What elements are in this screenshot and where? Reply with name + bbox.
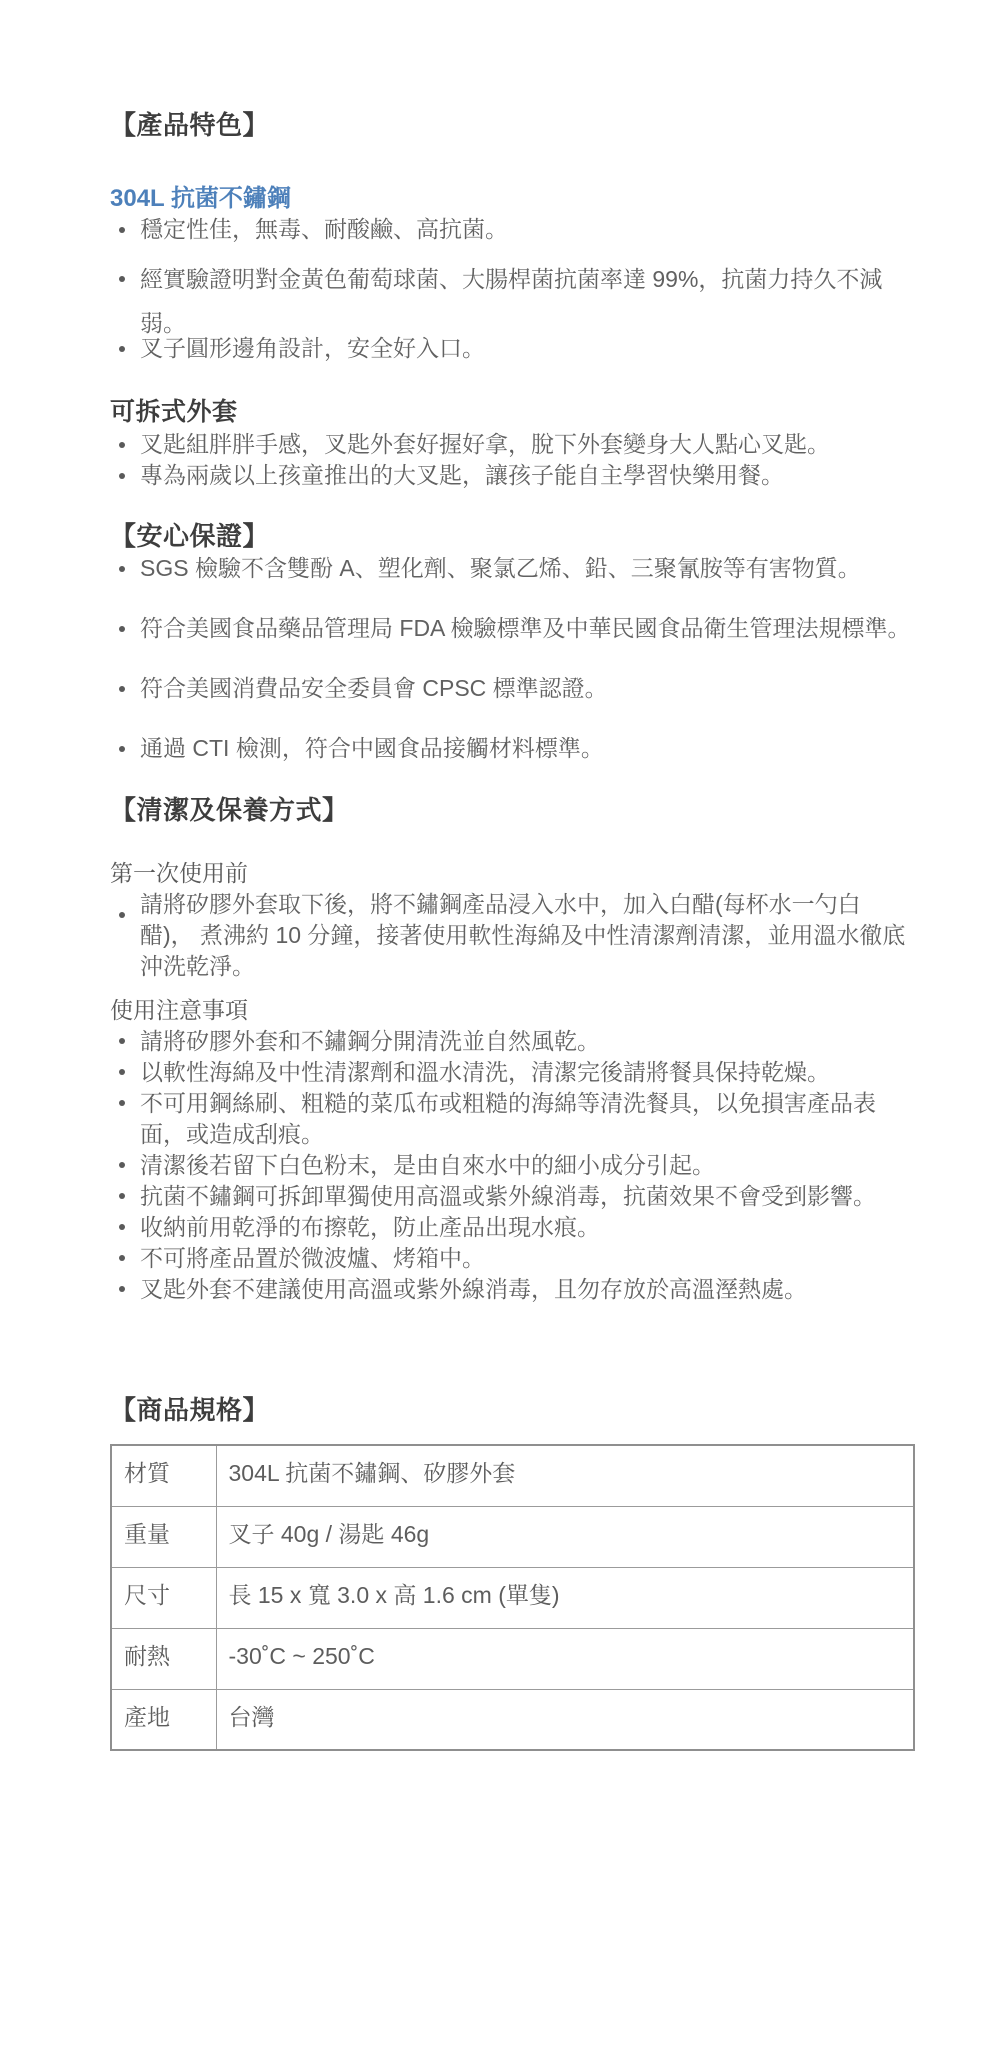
list-item-text: 經實驗證明對金黃色葡萄球菌、大腸桿菌抗菌率達 99%，抗菌力持久不減 弱。	[140, 266, 882, 336]
spec-table-row: 耐熱 -30˚C ~ 250˚C	[111, 1628, 914, 1689]
list-item: 請將矽膠外套和不鏽鋼分開清洗並自然風乾。	[110, 1026, 915, 1057]
spec-row-value: 304L 抗菌不鏽鋼、矽膠外套	[216, 1445, 914, 1506]
list-item-text: 叉子圓形邊角設計，安全好入口。	[140, 335, 485, 361]
spec-row-value: -30˚C ~ 250˚C	[216, 1628, 914, 1689]
features-bullet-list: 穩定性佳，無毒、耐酸鹼、高抗菌。 經實驗證明對金黃色葡萄球菌、大腸桿菌抗菌率達 …	[110, 214, 915, 364]
spec-row-label: 重量	[111, 1506, 216, 1567]
spec-row-label: 尺寸	[111, 1567, 216, 1628]
bullet-dot-icon	[119, 566, 125, 572]
list-item: 經實驗證明對金黃色葡萄球菌、大腸桿菌抗菌率達 99%，抗菌力持久不減 弱。	[110, 257, 915, 345]
list-item: 不可用鋼絲刷、粗糙的菜瓜布或粗糙的海綿等清洗餐具，以免損害產品表 面，或造成刮痕…	[110, 1088, 915, 1150]
bullet-dot-icon	[119, 912, 125, 918]
list-item-text: 穩定性佳，無毒、耐酸鹼、高抗菌。	[140, 216, 508, 242]
spec-row-value: 叉子 40g / 湯匙 46g	[216, 1506, 914, 1567]
list-item: 符合美國消費品安全委員會 CPSC 標準認證。	[110, 673, 915, 704]
bullet-dot-icon	[119, 442, 125, 448]
list-item-text: 符合美國食品藥品管理局 FDA 檢驗標準及中華民國食品衛生管理法規標準。	[140, 615, 911, 641]
spec-table-body: 材質 304L 抗菌不鏽鋼、矽膠外套 重量 叉子 40g / 湯匙 46g 尺寸…	[111, 1445, 914, 1750]
bullet-dot-icon	[119, 1193, 125, 1199]
bullet-dot-icon	[119, 1162, 125, 1168]
list-item: 叉匙組胖胖手感，叉匙外套好握好拿，脫下外套變身大人點心叉匙。	[110, 429, 915, 460]
bullet-dot-icon	[119, 626, 125, 632]
list-item-text: 通過 CTI 檢測，符合中國食品接觸材料標準。	[140, 735, 604, 761]
first-use-bullet-list: 請將矽膠外套取下後，將不鏽鋼產品浸入水中，加入白醋(每杯水一勺白 醋)， 煮沸約…	[110, 889, 915, 982]
bullet-dot-icon	[119, 1286, 125, 1292]
bullet-dot-icon	[119, 227, 125, 233]
list-item: 不可將產品置於微波爐、烤箱中。	[110, 1243, 915, 1274]
spec-table-row: 產地 台灣	[111, 1689, 914, 1750]
assurance-bullet-list: SGS 檢驗不含雙酚 A、塑化劑、聚氯乙烯、鉛、三聚氰胺等有害物質。 符合美國食…	[110, 553, 915, 764]
section-heading-assurance: 【安心保證】	[110, 519, 915, 553]
bullet-dot-icon	[119, 1255, 125, 1261]
spec-table-row: 尺寸 長 15 x 寬 3.0 x 高 1.6 cm (單隻)	[111, 1567, 914, 1628]
list-item: 以軟性海綿及中性清潔劑和溫水清洗，清潔完後請將餐具保持乾燥。	[110, 1057, 915, 1088]
list-item-text: 叉匙外套不建議使用高溫或紫外線消毒，且勿存放於高溫溼熱處。	[140, 1276, 807, 1302]
spec-table-row: 材質 304L 抗菌不鏽鋼、矽膠外套	[111, 1445, 914, 1506]
spec-row-label: 耐熱	[111, 1628, 216, 1689]
bullet-dot-icon	[119, 1069, 125, 1075]
bullet-dot-icon	[119, 1038, 125, 1044]
list-item-text: 清潔後若留下白色粉末，是由自來水中的細小成分引起。	[140, 1152, 715, 1178]
bullet-dot-icon	[119, 473, 125, 479]
list-item-text: 收納前用乾淨的布擦乾，防止產品出現水痕。	[140, 1214, 600, 1240]
list-item-text: 不可將產品置於微波爐、烤箱中。	[140, 1245, 485, 1271]
bullet-dot-icon	[119, 1224, 125, 1230]
spec-row-label: 材質	[111, 1445, 216, 1506]
list-item: SGS 檢驗不含雙酚 A、塑化劑、聚氯乙烯、鉛、三聚氰胺等有害物質。	[110, 553, 915, 584]
list-item-text: 抗菌不鏽鋼可拆卸單獨使用高溫或紫外線消毒，抗菌效果不會受到影響。	[140, 1183, 876, 1209]
usage-notes-bullet-list: 請將矽膠外套和不鏽鋼分開清洗並自然風乾。 以軟性海綿及中性清潔劑和溫水清洗，清潔…	[110, 1026, 915, 1305]
product-description-page: 【產品特色】 304L 抗菌不鏽鋼 穩定性佳，無毒、耐酸鹼、高抗菌。 經實驗證明…	[0, 0, 1000, 2049]
list-item-text: 符合美國消費品安全委員會 CPSC 標準認證。	[140, 675, 608, 701]
list-item: 符合美國食品藥品管理局 FDA 檢驗標準及中華民國食品衛生管理法規標準。	[110, 613, 915, 644]
list-item: 叉匙外套不建議使用高溫或紫外線消毒，且勿存放於高溫溼熱處。	[110, 1274, 915, 1305]
list-item-text: 專為兩歲以上孩童推出的大叉匙，讓孩子能自主學習快樂用餐。	[140, 462, 784, 488]
subheading-first-use: 第一次使用前	[110, 858, 915, 889]
list-item: 穩定性佳，無毒、耐酸鹼、高抗菌。	[110, 214, 915, 245]
content-area: 【產品特色】 304L 抗菌不鏽鋼 穩定性佳，無毒、耐酸鹼、高抗菌。 經實驗證明…	[0, 0, 1000, 1826]
cover-bullet-list: 叉匙組胖胖手感，叉匙外套好握好拿，脫下外套變身大人點心叉匙。 專為兩歲以上孩童推…	[110, 429, 915, 491]
subheading-usage-notes: 使用注意事項	[110, 995, 915, 1026]
list-item: 請將矽膠外套取下後，將不鏽鋼產品浸入水中，加入白醋(每杯水一勺白 醋)， 煮沸約…	[110, 889, 915, 982]
list-item: 叉子圓形邊角設計，安全好入口。	[110, 333, 915, 364]
bullet-dot-icon	[119, 746, 125, 752]
section-heading-features: 【產品特色】	[110, 108, 915, 142]
list-item-text: 請將矽膠外套和不鏽鋼分開清洗並自然風乾。	[140, 1028, 600, 1054]
list-item-text: 不可用鋼絲刷、粗糙的菜瓜布或粗糙的海綿等清洗餐具，以免損害產品表 面，或造成刮痕…	[140, 1090, 876, 1147]
spec-row-value: 台灣	[216, 1689, 914, 1750]
section-heading-cleaning: 【清潔及保養方式】	[110, 793, 915, 827]
list-item-text: 叉匙組胖胖手感，叉匙外套好握好拿，脫下外套變身大人點心叉匙。	[140, 431, 830, 457]
list-item: 專為兩歲以上孩童推出的大叉匙，讓孩子能自主學習快樂用餐。	[110, 460, 915, 491]
bullet-dot-icon	[119, 686, 125, 692]
bullet-dot-icon	[119, 276, 125, 282]
list-item: 通過 CTI 檢測，符合中國食品接觸材料標準。	[110, 733, 915, 764]
list-item-text: SGS 檢驗不含雙酚 A、塑化劑、聚氯乙烯、鉛、三聚氰胺等有害物質。	[140, 555, 861, 581]
list-item: 收納前用乾淨的布擦乾，防止產品出現水痕。	[110, 1212, 915, 1243]
spec-row-label: 產地	[111, 1689, 216, 1750]
spec-table-row: 重量 叉子 40g / 湯匙 46g	[111, 1506, 914, 1567]
section-heading-specs: 【商品規格】	[110, 1393, 915, 1427]
spec-table: 材質 304L 抗菌不鏽鋼、矽膠外套 重量 叉子 40g / 湯匙 46g 尺寸…	[110, 1444, 915, 1751]
spec-row-value: 長 15 x 寬 3.0 x 高 1.6 cm (單隻)	[216, 1567, 914, 1628]
subheading-304l-steel: 304L 抗菌不鏽鋼	[110, 183, 915, 214]
section-heading-detachable-cover: 可拆式外套	[110, 396, 915, 429]
list-item: 清潔後若留下白色粉末，是由自來水中的細小成分引起。	[110, 1150, 915, 1181]
list-item-text: 請將矽膠外套取下後，將不鏽鋼產品浸入水中，加入白醋(每杯水一勺白 醋)， 煮沸約…	[140, 891, 905, 979]
list-item: 抗菌不鏽鋼可拆卸單獨使用高溫或紫外線消毒，抗菌效果不會受到影響。	[110, 1181, 915, 1212]
bullet-dot-icon	[119, 346, 125, 352]
bullet-dot-icon	[119, 1100, 125, 1106]
list-item-text: 以軟性海綿及中性清潔劑和溫水清洗，清潔完後請將餐具保持乾燥。	[140, 1059, 830, 1085]
